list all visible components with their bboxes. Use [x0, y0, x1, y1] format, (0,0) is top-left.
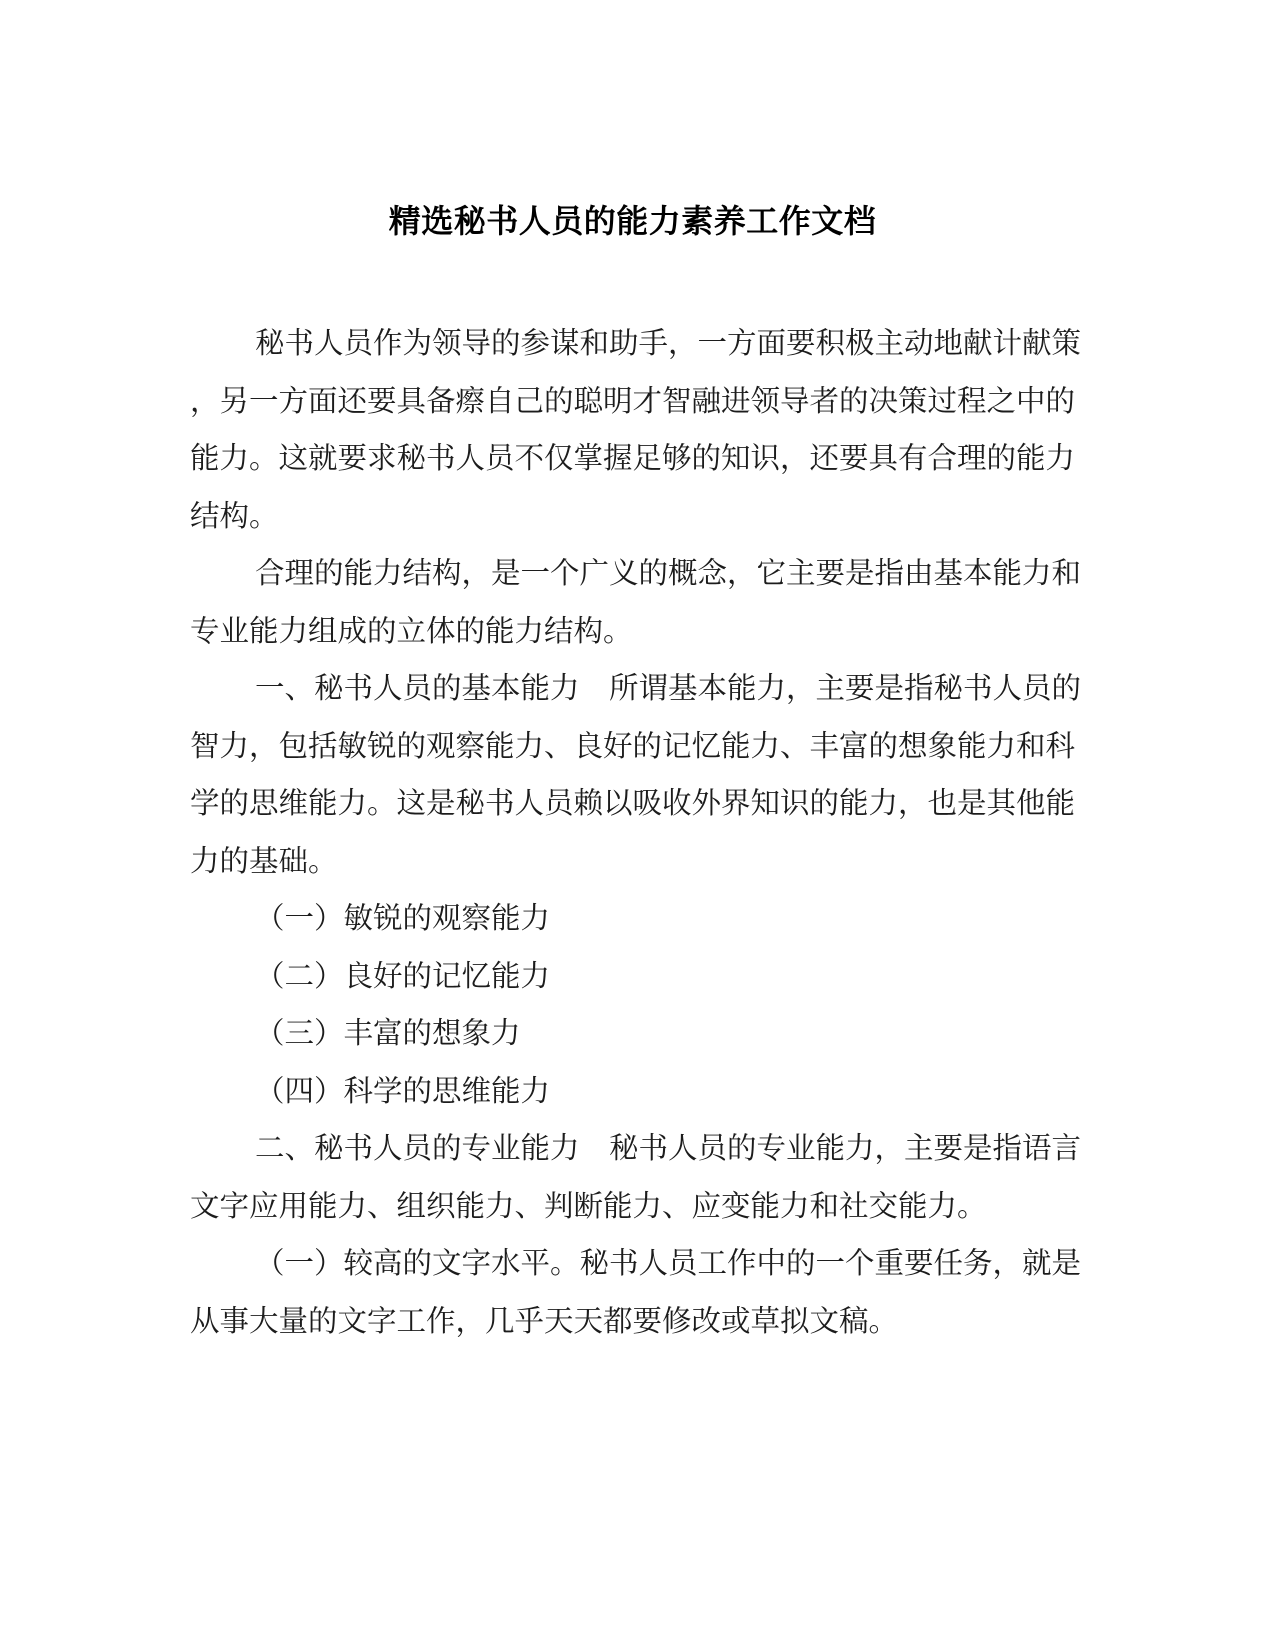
document-line: 文字应用能力、组织能力、判断能力、应变能力和社交能力。	[190, 1179, 1075, 1237]
document-line: （一）较高的文字水平。秘书人员工作中的一个重要任务，就是	[190, 1236, 1075, 1294]
document-line: 秘书人员作为领导的参谋和助手，一方面要积极主动地献计献策	[190, 316, 1075, 374]
document-body: 秘书人员作为领导的参谋和助手，一方面要积极主动地献计献策 ，另一方面还要具备瘵自…	[190, 316, 1075, 1351]
document-line: ，另一方面还要具备瘵自己的聪明才智融进领导者的决策过程之中的	[190, 374, 1075, 432]
document-line-list-item: （四）科学的思维能力	[190, 1064, 1075, 1122]
document-line: 一、秘书人员的基本能力 所谓基本能力，主要是指秘书人员的	[190, 661, 1075, 719]
document-line: 智力，包括敏锐的观察能力、良好的记忆能力、丰富的想象能力和科	[190, 719, 1075, 777]
document-line: 二、秘书人员的专业能力 秘书人员的专业能力，主要是指语言	[190, 1121, 1075, 1179]
document-line: 力的基础。	[190, 834, 1075, 892]
document-line: 学的思维能力。这是秘书人员赖以吸收外界知识的能力，也是其他能	[190, 776, 1075, 834]
document-line: 结构。	[190, 489, 1075, 547]
document-line: 能力。这就要求秘书人员不仅掌握足够的知识，还要具有合理的能力	[190, 431, 1075, 489]
document-line-list-item: （一）敏锐的观察能力	[190, 891, 1075, 949]
document-line-list-item: （三）丰富的想象力	[190, 1006, 1075, 1064]
document-line-list-item: （二）良好的记忆能力	[190, 949, 1075, 1007]
document-line: 从事大量的文字工作，几乎天天都要修改或草拟文稿。	[190, 1294, 1075, 1352]
document-page: 精选秘书人员的能力素养工作文档 秘书人员作为领导的参谋和助手，一方面要积极主动地…	[0, 0, 1275, 1650]
document-line: 专业能力组成的立体的能力结构。	[190, 604, 1075, 662]
document-line: 合理的能力结构，是一个广义的概念，它主要是指由基本能力和	[190, 546, 1075, 604]
document-title: 精选秘书人员的能力素养工作文档	[190, 196, 1075, 242]
